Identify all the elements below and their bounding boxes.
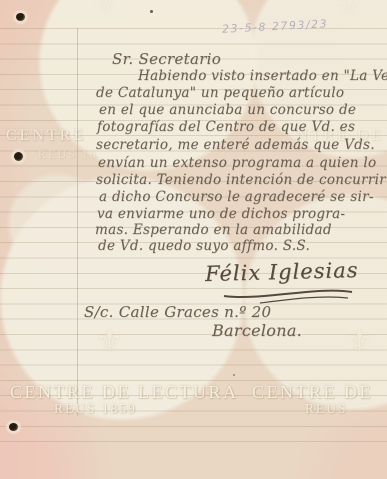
handwriting-line: de Catalunya" un pequeño artículo bbox=[96, 85, 344, 101]
handwriting-line: envían un extenso programa a quien lo bbox=[98, 155, 376, 171]
address-line: S/c. Calle Graces n.º 20 bbox=[84, 303, 271, 321]
hole-punch bbox=[16, 13, 25, 21]
handwriting-line: secretario, me enteré además que Vds. bbox=[96, 137, 375, 153]
letter-scan: CENTRE REUS 18 NTRE DE CENTRE DE LECTURA… bbox=[0, 0, 387, 479]
margin-line bbox=[77, 28, 78, 416]
paper-speck bbox=[233, 374, 235, 376]
fleur-de-lis-watermark-icon: ⚜ bbox=[96, 324, 123, 359]
fleur-de-lis-watermark-icon: ⚜ bbox=[346, 324, 373, 359]
fleur-de-lis-watermark-icon: ⚜ bbox=[92, 0, 119, 23]
paper-speck bbox=[150, 10, 153, 13]
handwriting-line: va enviarme uno de dichos progra- bbox=[97, 206, 345, 222]
handwriting-line: solicita. Teniendo intención de concurri… bbox=[96, 172, 386, 188]
watermark-text: REUS 18 bbox=[38, 147, 98, 162]
hole-punch bbox=[9, 423, 18, 431]
watermark-text: CENTRE bbox=[6, 127, 86, 145]
signature: Félix Iglesias bbox=[205, 258, 359, 286]
handwriting-line: fotografías del Centro de que Vd. es bbox=[97, 119, 355, 135]
handwriting-line: de Vd. quedo suyo affmo. S.S. bbox=[98, 238, 310, 254]
handwriting-line: en el que anunciaba un concurso de bbox=[99, 102, 356, 118]
watermark-text: CENTRE DE LECTURA bbox=[10, 382, 239, 403]
address-line: Barcelona. bbox=[212, 321, 302, 340]
watermark-text: REUS 1859 bbox=[54, 401, 137, 417]
salutation: Sr. Secretario bbox=[112, 50, 221, 68]
handwriting-line: Habiendo visto insertado en "La Veu bbox=[138, 68, 387, 84]
signature-flourish bbox=[222, 283, 354, 305]
handwriting-line: mas. Esperando en la amabilidad bbox=[95, 222, 332, 238]
fleur-de-lis-watermark-icon: ⚜ bbox=[336, 0, 363, 25]
hole-punch bbox=[14, 152, 23, 161]
archival-note: 23-5-8 2793/23 bbox=[222, 17, 329, 36]
watermark-text: REUS bbox=[305, 401, 348, 417]
watermark-text: CENTRE DE bbox=[252, 382, 373, 403]
handwriting-line: a dicho Concurso le agradeceré se sir- bbox=[99, 189, 374, 205]
